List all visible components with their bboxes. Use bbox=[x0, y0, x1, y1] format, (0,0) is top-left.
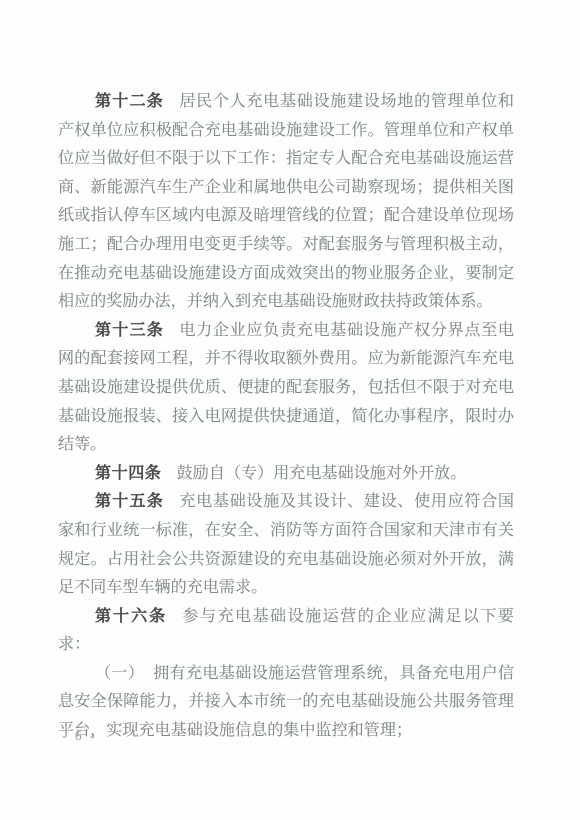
article-number: （一） bbox=[95, 665, 144, 682]
document-page: 第十二条居民个人充电基础设施建设场地的管理单位和产权单位应积极配合充电基础设施建… bbox=[0, 0, 580, 820]
paragraph: 第十五条充电基础设施及其设计、建设、使用应符合国家和行业统一标准，在安全、消防等… bbox=[58, 488, 514, 602]
paragraph: 第十四条鼓励自（专）用充电基础设施对外开放。 bbox=[58, 460, 514, 489]
article-text: 电力企业应负责充电基础设施产权分界点至电网的配套接网工程，并不得收取额外费用。应… bbox=[58, 322, 514, 453]
document-body: 第十二条居民个人充电基础设施建设场地的管理单位和产权单位应积极配合充电基础设施建… bbox=[58, 88, 514, 746]
article-text: 居民个人充电基础设施建设场地的管理单位和产权单位应积极配合充电基础设施建设工作。… bbox=[58, 93, 514, 310]
paragraph: 第十六条参与充电基础设施运营的企业应满足以下要求： bbox=[58, 603, 514, 660]
article-text: 鼓励自（专）用充电基础设施对外开放。 bbox=[177, 465, 467, 482]
article-number: 第十三条 bbox=[95, 322, 164, 339]
page-number: - 6 - bbox=[62, 727, 97, 745]
paragraph: 第十二条居民个人充电基础设施建设场地的管理单位和产权单位应积极配合充电基础设施建… bbox=[58, 88, 514, 317]
article-number: 第十五条 bbox=[95, 493, 164, 510]
article-number: 第十四条 bbox=[95, 465, 161, 482]
paragraph: 第十三条电力企业应负责充电基础设施产权分界点至电网的配套接网工程，并不得收取额外… bbox=[58, 317, 514, 460]
paragraph: （一）拥有充电基础设施运营管理系统，具备充电用户信息安全保障能力，并接入本市统一… bbox=[58, 660, 514, 746]
article-number: 第十二条 bbox=[95, 93, 164, 110]
article-number: 第十六条 bbox=[95, 608, 167, 625]
